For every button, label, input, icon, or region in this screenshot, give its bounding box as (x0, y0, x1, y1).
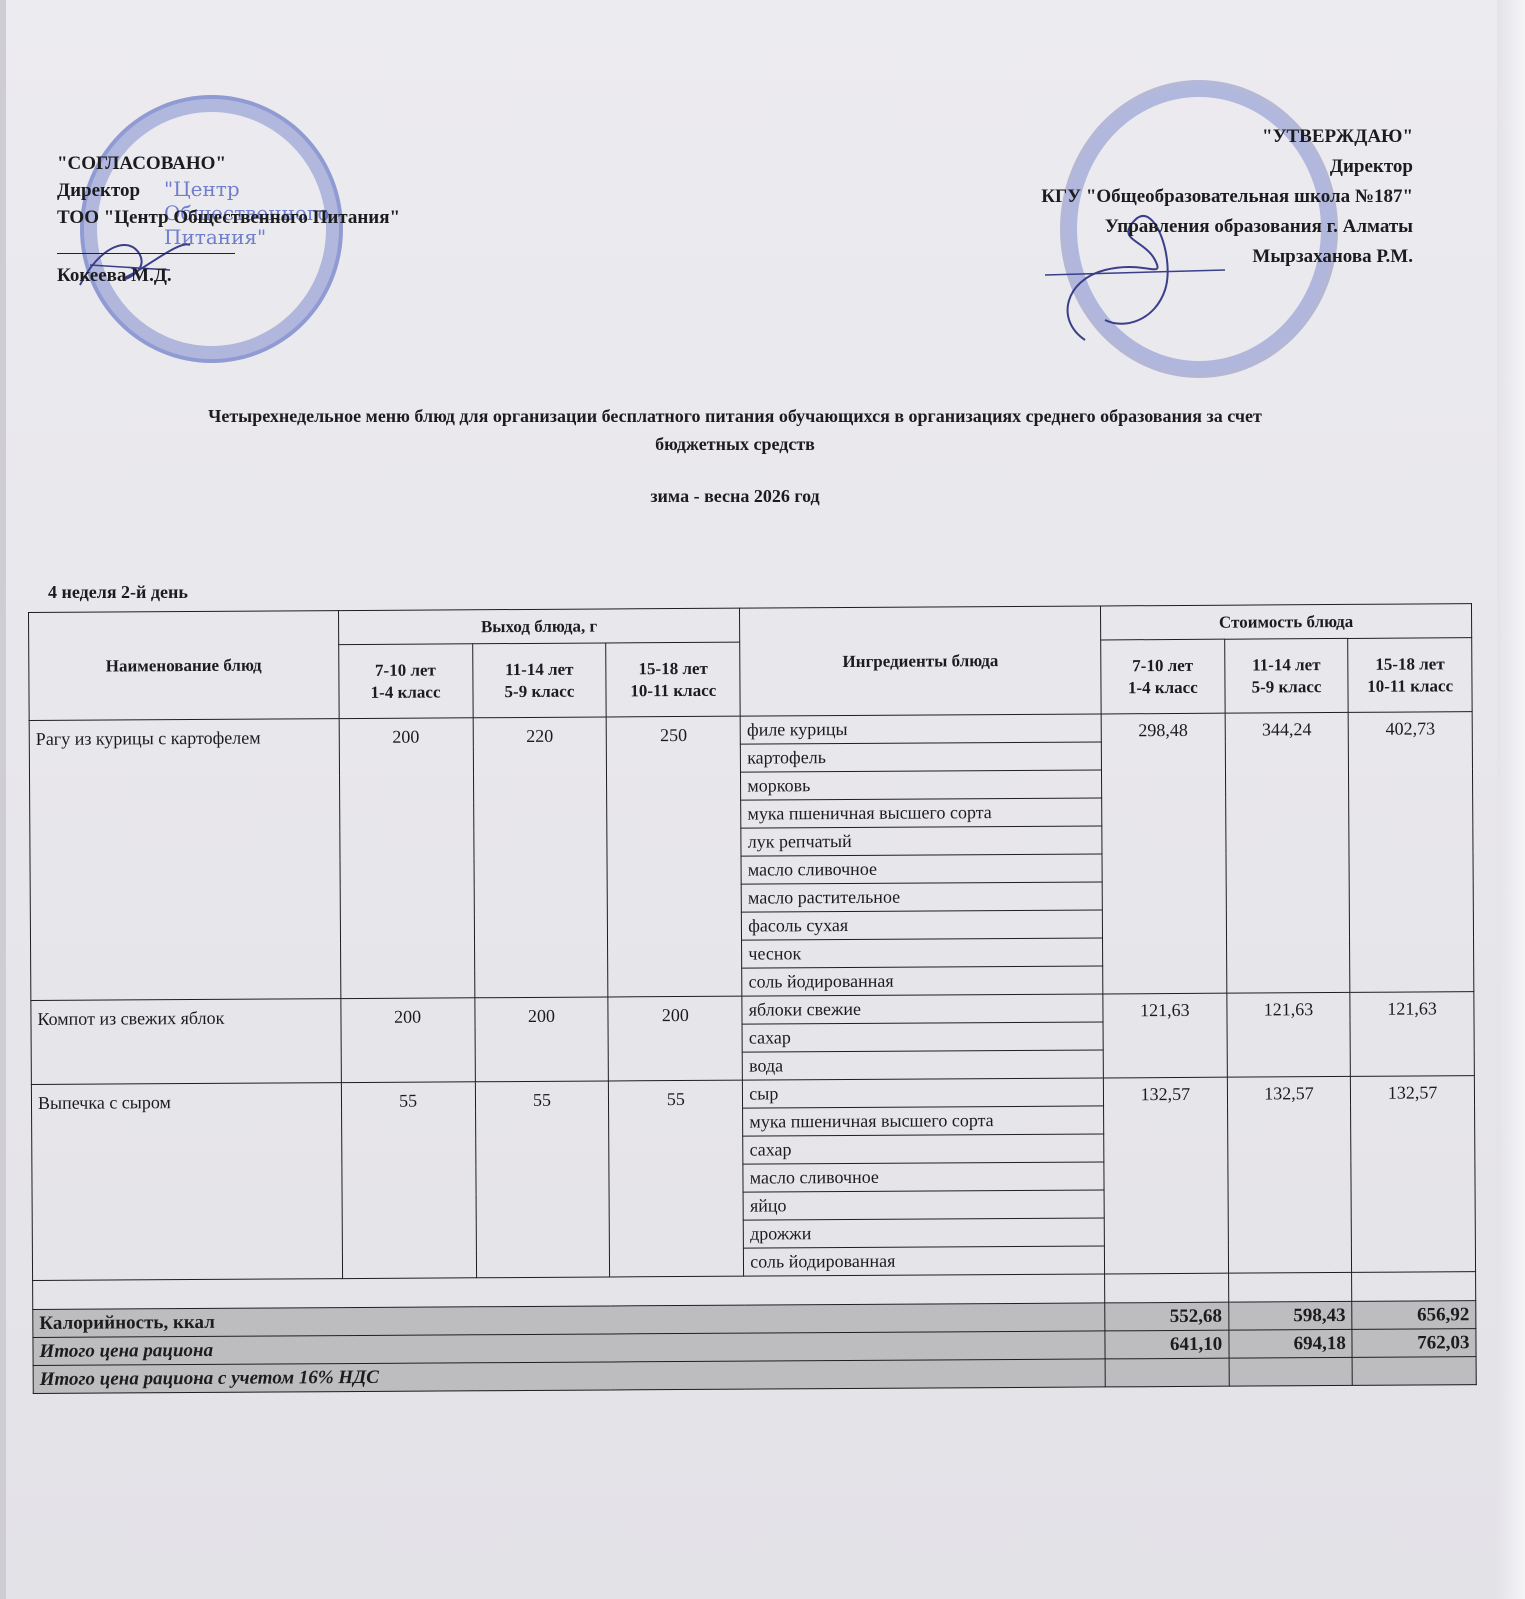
ingredient: масло растительное (741, 882, 1102, 912)
yield-age-header: 15-18 лет10-11 класс (606, 642, 740, 717)
summary-value: 694,18 (1229, 1329, 1353, 1358)
age-range: 11-14 лет (1231, 653, 1342, 676)
summary-label: Итого цена рациона с учетом 16% НДС (33, 1359, 1105, 1394)
approver-name: Мырзаханова Р.М. (1041, 242, 1413, 272)
header-ingredients: Ингредиенты блюда (740, 606, 1101, 716)
age-range: 15-18 лет (613, 657, 734, 680)
ingredient: вода (742, 1050, 1103, 1080)
age-range: 7-10 лет (1107, 654, 1218, 677)
dish-yield: 200 (341, 998, 475, 1083)
dish-yield: 55 (475, 1081, 610, 1278)
age-range: 11-14 лет (479, 658, 600, 681)
document-title: Четырехнедельное меню блюд для организац… (70, 402, 1400, 458)
approval-block-right: "УТВЕРЖДАЮ" Директор КГУ "Общеобразовате… (1041, 122, 1413, 272)
ingredient: сахар (742, 1022, 1103, 1052)
document-page: "Центр Общественного Питания" "СОГЛАСОВА… (0, 0, 1525, 1599)
dish-yield: 200 (608, 996, 742, 1081)
grade-range: 5-9 класс (1231, 675, 1342, 698)
age-range: 7-10 лет (345, 659, 466, 682)
ingredient: яблоки свежие (742, 994, 1103, 1024)
approver-name: Кокеева М.Д. (57, 262, 400, 289)
season-label: зима - весна 2026 год (70, 486, 1400, 507)
title-line-2: бюджетных средств (70, 430, 1400, 458)
approver-position: Директор (1041, 152, 1413, 182)
grade-range: 1-4 класс (1107, 676, 1218, 699)
signature-line (57, 235, 235, 254)
ingredient: сахар (743, 1134, 1104, 1164)
ingredient: соль йодированная (744, 1246, 1105, 1276)
dish-cost: 344,24 (1225, 712, 1350, 993)
menu-table: Наименование блюд Выход блюда, г Ингреди… (28, 603, 1477, 1394)
ingredient: дрожжи (743, 1218, 1104, 1248)
dish-cost: 121,63 (1103, 993, 1227, 1078)
dish-cost: 298,48 (1101, 713, 1226, 994)
dish-name: Рагу из курицы с картофелем (29, 719, 340, 1001)
approval-heading: "СОГЛАСОВАНО" (57, 150, 400, 177)
cost-age-header: 7-10 лет1-4 класс (1101, 639, 1225, 714)
ingredient: сыр (743, 1078, 1104, 1108)
approver-position: Директор (57, 177, 400, 204)
dish-cost: 132,57 (1351, 1076, 1476, 1273)
title-line-1: Четырехнедельное меню блюд для организац… (70, 402, 1400, 430)
grade-range: 10-11 класс (1355, 675, 1466, 698)
header-yield: Выход блюда, г (338, 608, 740, 644)
approver-organization: КГУ "Общеобразовательная школа №187" (1041, 182, 1413, 212)
ingredient: мука пшеничная высшего сорта (741, 798, 1102, 828)
header-dish-name: Наименование блюд (29, 611, 339, 721)
yield-age-header: 7-10 лет1-4 класс (338, 644, 472, 719)
summary-value (1229, 1357, 1353, 1386)
cost-age-header: 11-14 лет5-9 класс (1224, 638, 1348, 713)
dish-yield: 55 (609, 1080, 744, 1277)
summary-value: 552,68 (1105, 1302, 1229, 1331)
dish-yield: 250 (607, 716, 743, 997)
approval-block-left: "СОГЛАСОВАНО" Директор ТОО "Центр Общест… (57, 150, 400, 289)
approver-department: Управления образования г. Алматы (1041, 212, 1413, 242)
cost-age-header: 15-18 лет10-11 класс (1348, 638, 1472, 713)
summary-value (1352, 1357, 1476, 1386)
dish-cost: 121,63 (1350, 992, 1474, 1077)
dish-name: Компот из свежих яблок (31, 999, 341, 1085)
dish-cost: 132,57 (1227, 1076, 1352, 1273)
dish-cost: 402,73 (1348, 712, 1473, 993)
ingredient: соль йодированная (742, 966, 1103, 996)
ingredient: чеснок (742, 938, 1103, 968)
ingredient: масло сливочное (743, 1162, 1104, 1192)
header-cost: Стоимость блюда (1100, 604, 1471, 640)
ingredient: лук репчатый (741, 826, 1102, 856)
day-label: 4 неделя 2-й день (48, 582, 188, 603)
dish-name: Выпечка с сыром (31, 1083, 342, 1281)
ingredient: морковь (741, 770, 1102, 800)
dish-yield: 200 (474, 997, 608, 1082)
ingredient: яйцо (743, 1190, 1104, 1220)
summary-value: 641,10 (1105, 1330, 1229, 1359)
ingredient: филе курицы (740, 714, 1101, 744)
approval-heading: "УТВЕРЖДАЮ" (1041, 122, 1413, 152)
summary-value: 656,92 (1352, 1301, 1476, 1330)
approver-organization: ТОО "Центр Общественного Питания" (57, 204, 400, 231)
summary-value: 598,43 (1228, 1301, 1352, 1330)
dish-cost: 121,63 (1227, 992, 1351, 1077)
grade-range: 10-11 класс (613, 679, 734, 702)
dish-yield: 200 (339, 718, 475, 999)
age-range: 15-18 лет (1355, 653, 1466, 676)
grade-range: 5-9 класс (479, 680, 600, 703)
dish-yield: 55 (341, 1082, 476, 1279)
ingredient: масло сливочное (741, 854, 1102, 884)
paper-edge (0, 0, 6, 1599)
summary-value (1105, 1358, 1229, 1387)
ingredient: фасоль сухая (742, 910, 1103, 940)
grade-range: 1-4 класс (345, 681, 466, 704)
dish-cost: 132,57 (1103, 1077, 1228, 1274)
summary-value: 762,03 (1352, 1329, 1476, 1358)
paper-edge (1497, 0, 1525, 1599)
ingredient: мука пшеничная высшего сорта (743, 1106, 1104, 1136)
ingredient: картофель (741, 742, 1102, 772)
yield-age-header: 11-14 лет5-9 класс (472, 643, 606, 718)
dish-yield: 220 (473, 717, 609, 998)
